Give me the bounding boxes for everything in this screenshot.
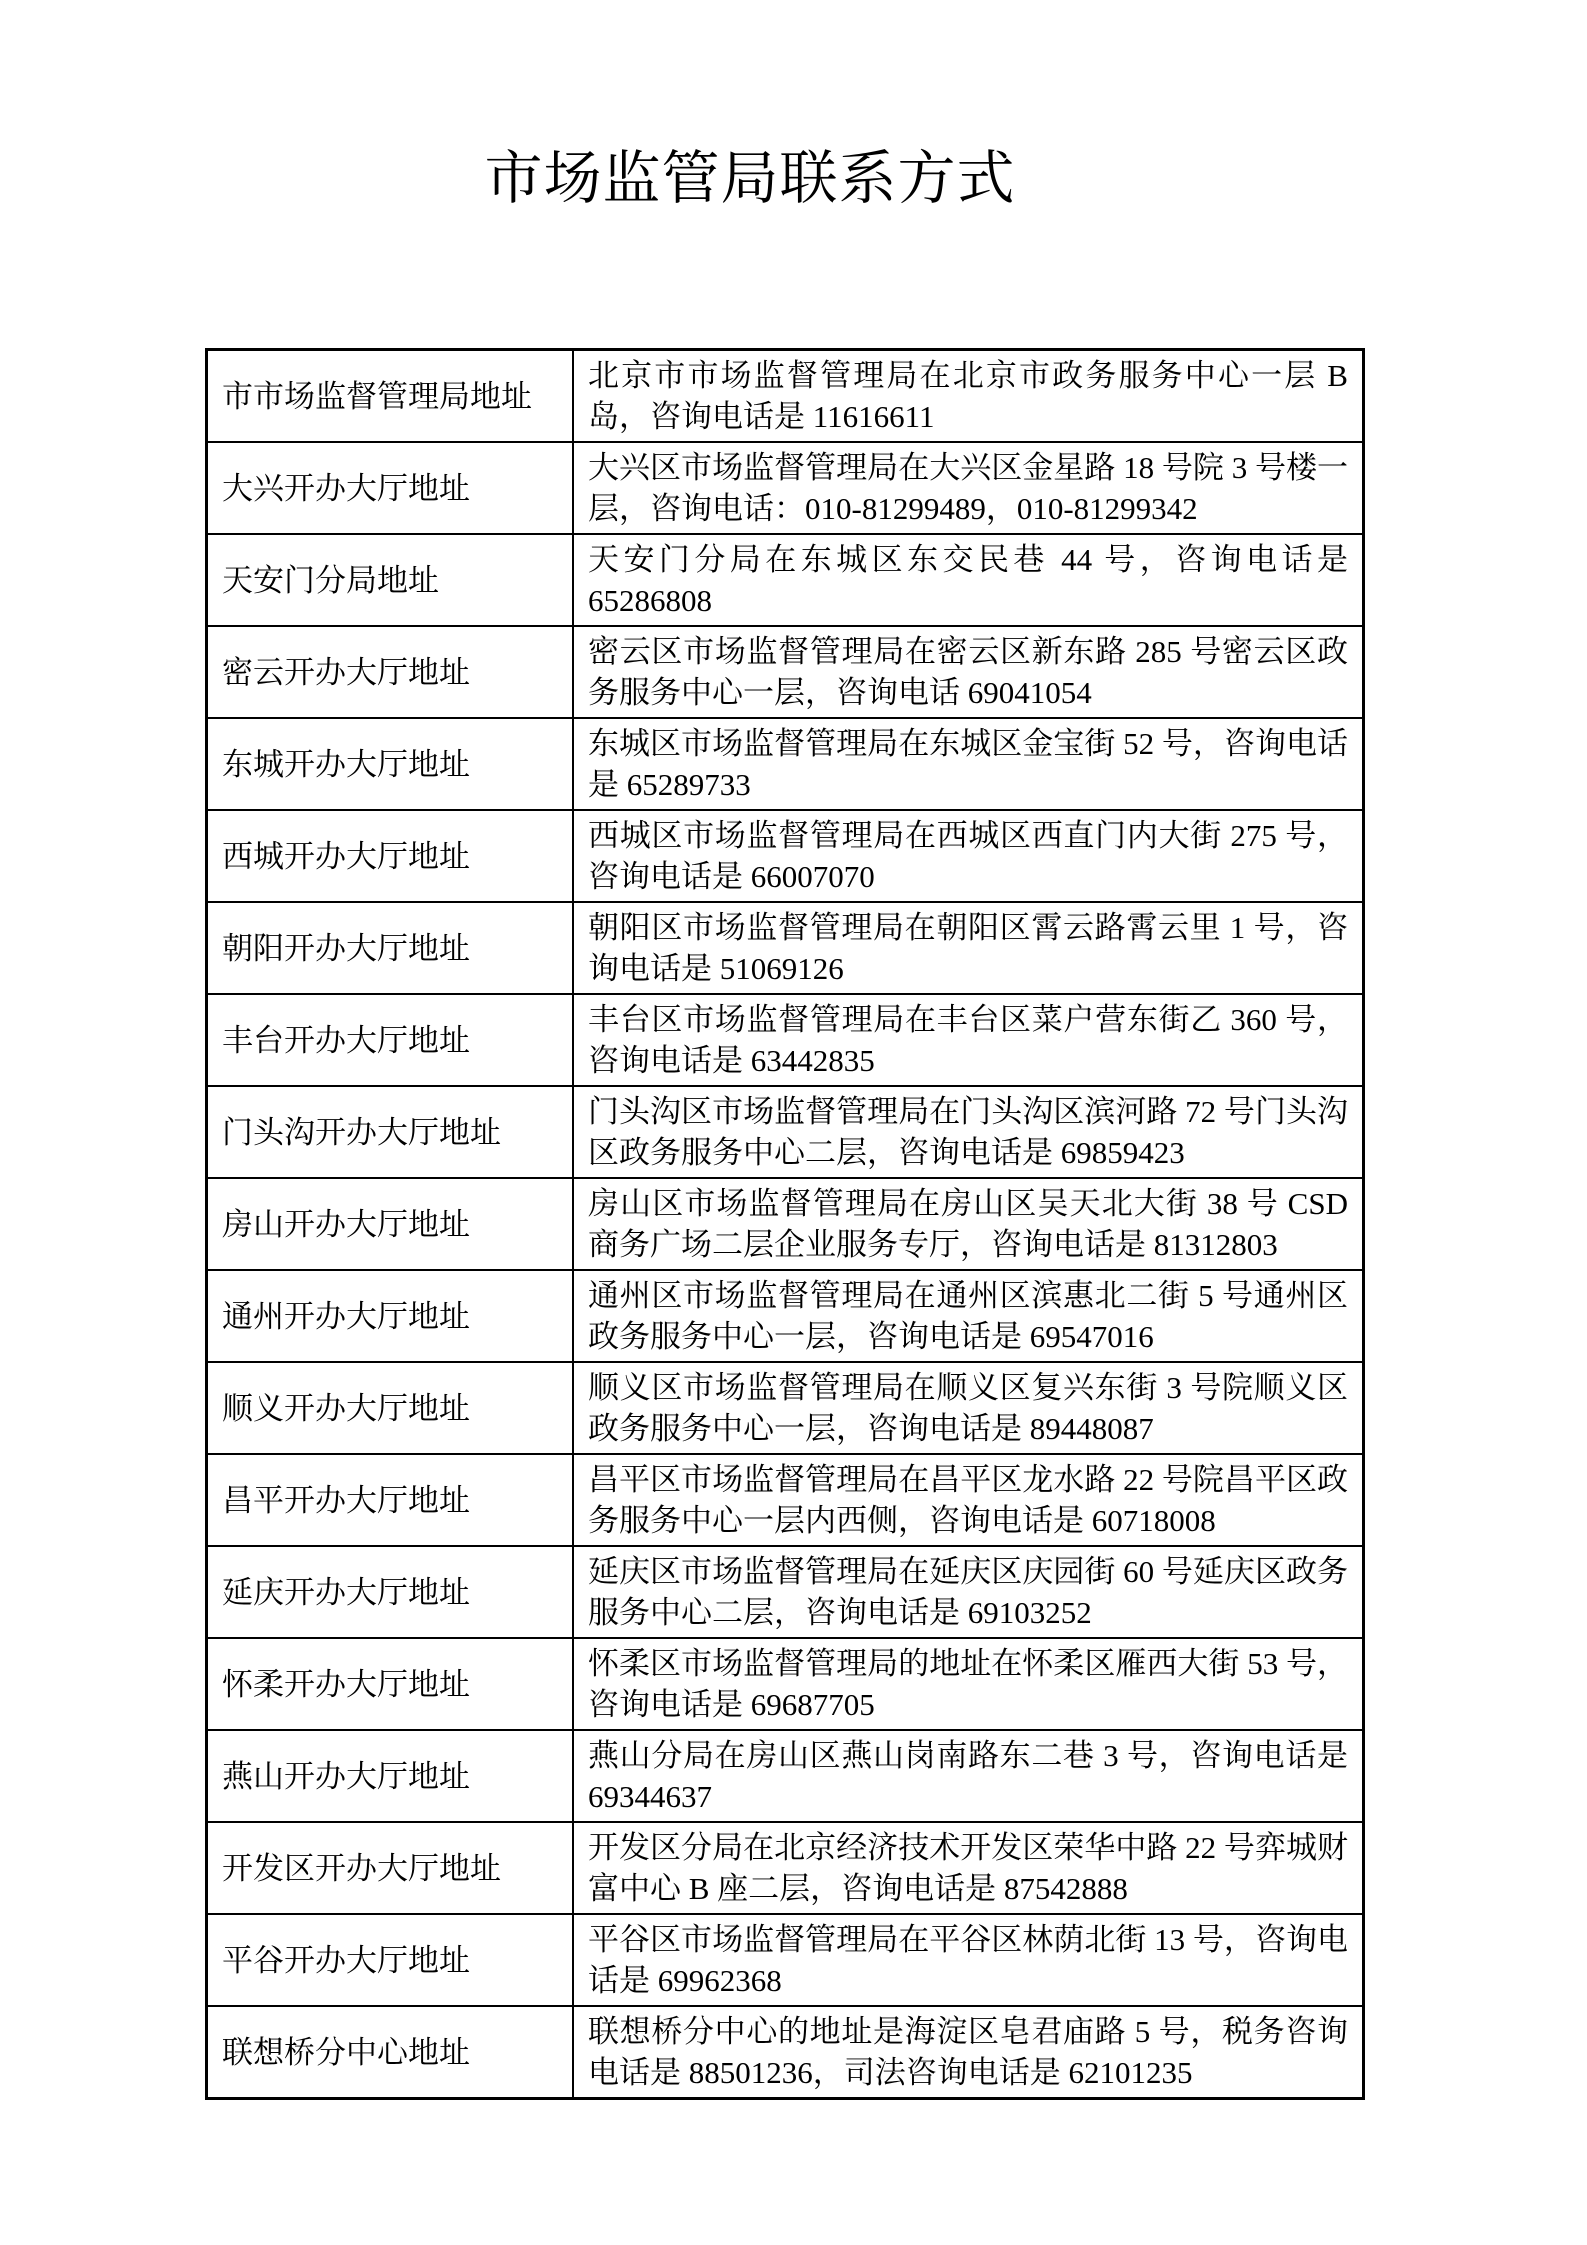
location-label: 密云开办大厅地址 (207, 626, 574, 718)
location-label: 市市场监督管理局地址 (207, 350, 574, 443)
location-value: 顺义区市场监督管理局在顺义区复兴东街 3 号院顺义区政务服务中心一层，咨询电话是… (573, 1362, 1364, 1454)
location-value: 大兴区市场监督管理局在大兴区金星路 18 号院 3 号楼一层，咨询电话：010-… (573, 442, 1364, 534)
location-label: 平谷开办大厅地址 (207, 1914, 574, 2006)
table-row: 密云开办大厅地址 密云区市场监督管理局在密云区新东路 285 号密云区政务服务中… (207, 626, 1364, 718)
table-row: 平谷开办大厅地址 平谷区市场监督管理局在平谷区林荫北街 13 号，咨询电话是 6… (207, 1914, 1364, 2006)
table-row: 联想桥分中心地址 联想桥分中心的地址是海淀区皂君庙路 5 号，税务咨询电话是 8… (207, 2006, 1364, 2099)
location-value: 平谷区市场监督管理局在平谷区林荫北街 13 号，咨询电话是 69962368 (573, 1914, 1364, 2006)
table-row: 开发区开办大厅地址 开发区分局在北京经济技术开发区荣华中路 22 号弈城财富中心… (207, 1822, 1364, 1914)
location-value: 天安门分局在东城区东交民巷 44 号，咨询电话是 65286808 (573, 534, 1364, 626)
location-value: 开发区分局在北京经济技术开发区荣华中路 22 号弈城财富中心 B 座二层，咨询电… (573, 1822, 1364, 1914)
document-page: 市场监管局联系方式 市市场监督管理局地址 北京市市场监督管理局在北京市政务服务中… (0, 0, 1587, 2245)
location-value: 密云区市场监督管理局在密云区新东路 285 号密云区政务服务中心一层，咨询电话 … (573, 626, 1364, 718)
location-label: 丰台开办大厅地址 (207, 994, 574, 1086)
table-row: 房山开办大厅地址 房山区市场监督管理局在房山区吴天北大街 38 号 CSD 商务… (207, 1178, 1364, 1270)
table-row: 丰台开办大厅地址 丰台区市场监督管理局在丰台区菜户营东街乙 360 号，咨询电话… (207, 994, 1364, 1086)
location-label: 开发区开办大厅地址 (207, 1822, 574, 1914)
contact-table: 市市场监督管理局地址 北京市市场监督管理局在北京市政务服务中心一层 B 岛，咨询… (205, 348, 1365, 2100)
table-row: 门头沟开办大厅地址 门头沟区市场监督管理局在门头沟区滨河路 72 号门头沟区政务… (207, 1086, 1364, 1178)
location-label: 朝阳开办大厅地址 (207, 902, 574, 994)
table-row: 通州开办大厅地址 通州区市场监督管理局在通州区滨惠北二街 5 号通州区政务服务中… (207, 1270, 1364, 1362)
location-label: 延庆开办大厅地址 (207, 1546, 574, 1638)
location-value: 怀柔区市场监督管理局的地址在怀柔区雁西大街 53 号，咨询电话是 6968770… (573, 1638, 1364, 1730)
location-value: 北京市市场监督管理局在北京市政务服务中心一层 B 岛，咨询电话是 1161661… (573, 350, 1364, 443)
location-value: 朝阳区市场监督管理局在朝阳区霄云路霄云里 1 号，咨询电话是 51069126 (573, 902, 1364, 994)
location-value: 东城区市场监督管理局在东城区金宝街 52 号，咨询电话是 65289733 (573, 718, 1364, 810)
location-value: 西城区市场监督管理局在西城区西直门内大街 275 号，咨询电话是 6600707… (573, 810, 1364, 902)
location-label: 顺义开办大厅地址 (207, 1362, 574, 1454)
table-row: 大兴开办大厅地址 大兴区市场监督管理局在大兴区金星路 18 号院 3 号楼一层，… (207, 442, 1364, 534)
location-label: 联想桥分中心地址 (207, 2006, 574, 2099)
table-row: 朝阳开办大厅地址 朝阳区市场监督管理局在朝阳区霄云路霄云里 1 号，咨询电话是 … (207, 902, 1364, 994)
page-title: 市场监管局联系方式 (205, 148, 1365, 210)
location-label: 门头沟开办大厅地址 (207, 1086, 574, 1178)
table-row: 燕山开办大厅地址 燕山分局在房山区燕山岗南路东二巷 3 号，咨询电话是 6934… (207, 1730, 1364, 1822)
table-row: 东城开办大厅地址 东城区市场监督管理局在东城区金宝街 52 号，咨询电话是 65… (207, 718, 1364, 810)
location-value: 昌平区市场监督管理局在昌平区龙水路 22 号院昌平区政务服务中心一层内西侧，咨询… (573, 1454, 1364, 1546)
location-label: 怀柔开办大厅地址 (207, 1638, 574, 1730)
contact-table-body: 市市场监督管理局地址 北京市市场监督管理局在北京市政务服务中心一层 B 岛，咨询… (207, 350, 1364, 2099)
location-label: 东城开办大厅地址 (207, 718, 574, 810)
location-label: 燕山开办大厅地址 (207, 1730, 574, 1822)
table-row: 顺义开办大厅地址 顺义区市场监督管理局在顺义区复兴东街 3 号院顺义区政务服务中… (207, 1362, 1364, 1454)
table-row: 怀柔开办大厅地址 怀柔区市场监督管理局的地址在怀柔区雁西大街 53 号，咨询电话… (207, 1638, 1364, 1730)
location-value: 门头沟区市场监督管理局在门头沟区滨河路 72 号门头沟区政务服务中心二层，咨询电… (573, 1086, 1364, 1178)
table-row: 昌平开办大厅地址 昌平区市场监督管理局在昌平区龙水路 22 号院昌平区政务服务中… (207, 1454, 1364, 1546)
location-value: 延庆区市场监督管理局在延庆区庆园街 60 号延庆区政务服务中心二层，咨询电话是 … (573, 1546, 1364, 1638)
location-label: 天安门分局地址 (207, 534, 574, 626)
location-value: 联想桥分中心的地址是海淀区皂君庙路 5 号，税务咨询电话是 88501236，司… (573, 2006, 1364, 2099)
table-row: 市市场监督管理局地址 北京市市场监督管理局在北京市政务服务中心一层 B 岛，咨询… (207, 350, 1364, 443)
location-label: 大兴开办大厅地址 (207, 442, 574, 534)
location-value: 房山区市场监督管理局在房山区吴天北大街 38 号 CSD 商务广场二层企业服务专… (573, 1178, 1364, 1270)
table-row: 延庆开办大厅地址 延庆区市场监督管理局在延庆区庆园街 60 号延庆区政务服务中心… (207, 1546, 1364, 1638)
location-value: 通州区市场监督管理局在通州区滨惠北二街 5 号通州区政务服务中心一层，咨询电话是… (573, 1270, 1364, 1362)
location-label: 通州开办大厅地址 (207, 1270, 574, 1362)
location-label: 房山开办大厅地址 (207, 1178, 574, 1270)
table-row: 天安门分局地址 天安门分局在东城区东交民巷 44 号，咨询电话是 6528680… (207, 534, 1364, 626)
location-label: 昌平开办大厅地址 (207, 1454, 574, 1546)
location-label: 西城开办大厅地址 (207, 810, 574, 902)
location-value: 燕山分局在房山区燕山岗南路东二巷 3 号，咨询电话是 69344637 (573, 1730, 1364, 1822)
table-row: 西城开办大厅地址 西城区市场监督管理局在西城区西直门内大街 275 号，咨询电话… (207, 810, 1364, 902)
location-value: 丰台区市场监督管理局在丰台区菜户营东街乙 360 号，咨询电话是 6344283… (573, 994, 1364, 1086)
